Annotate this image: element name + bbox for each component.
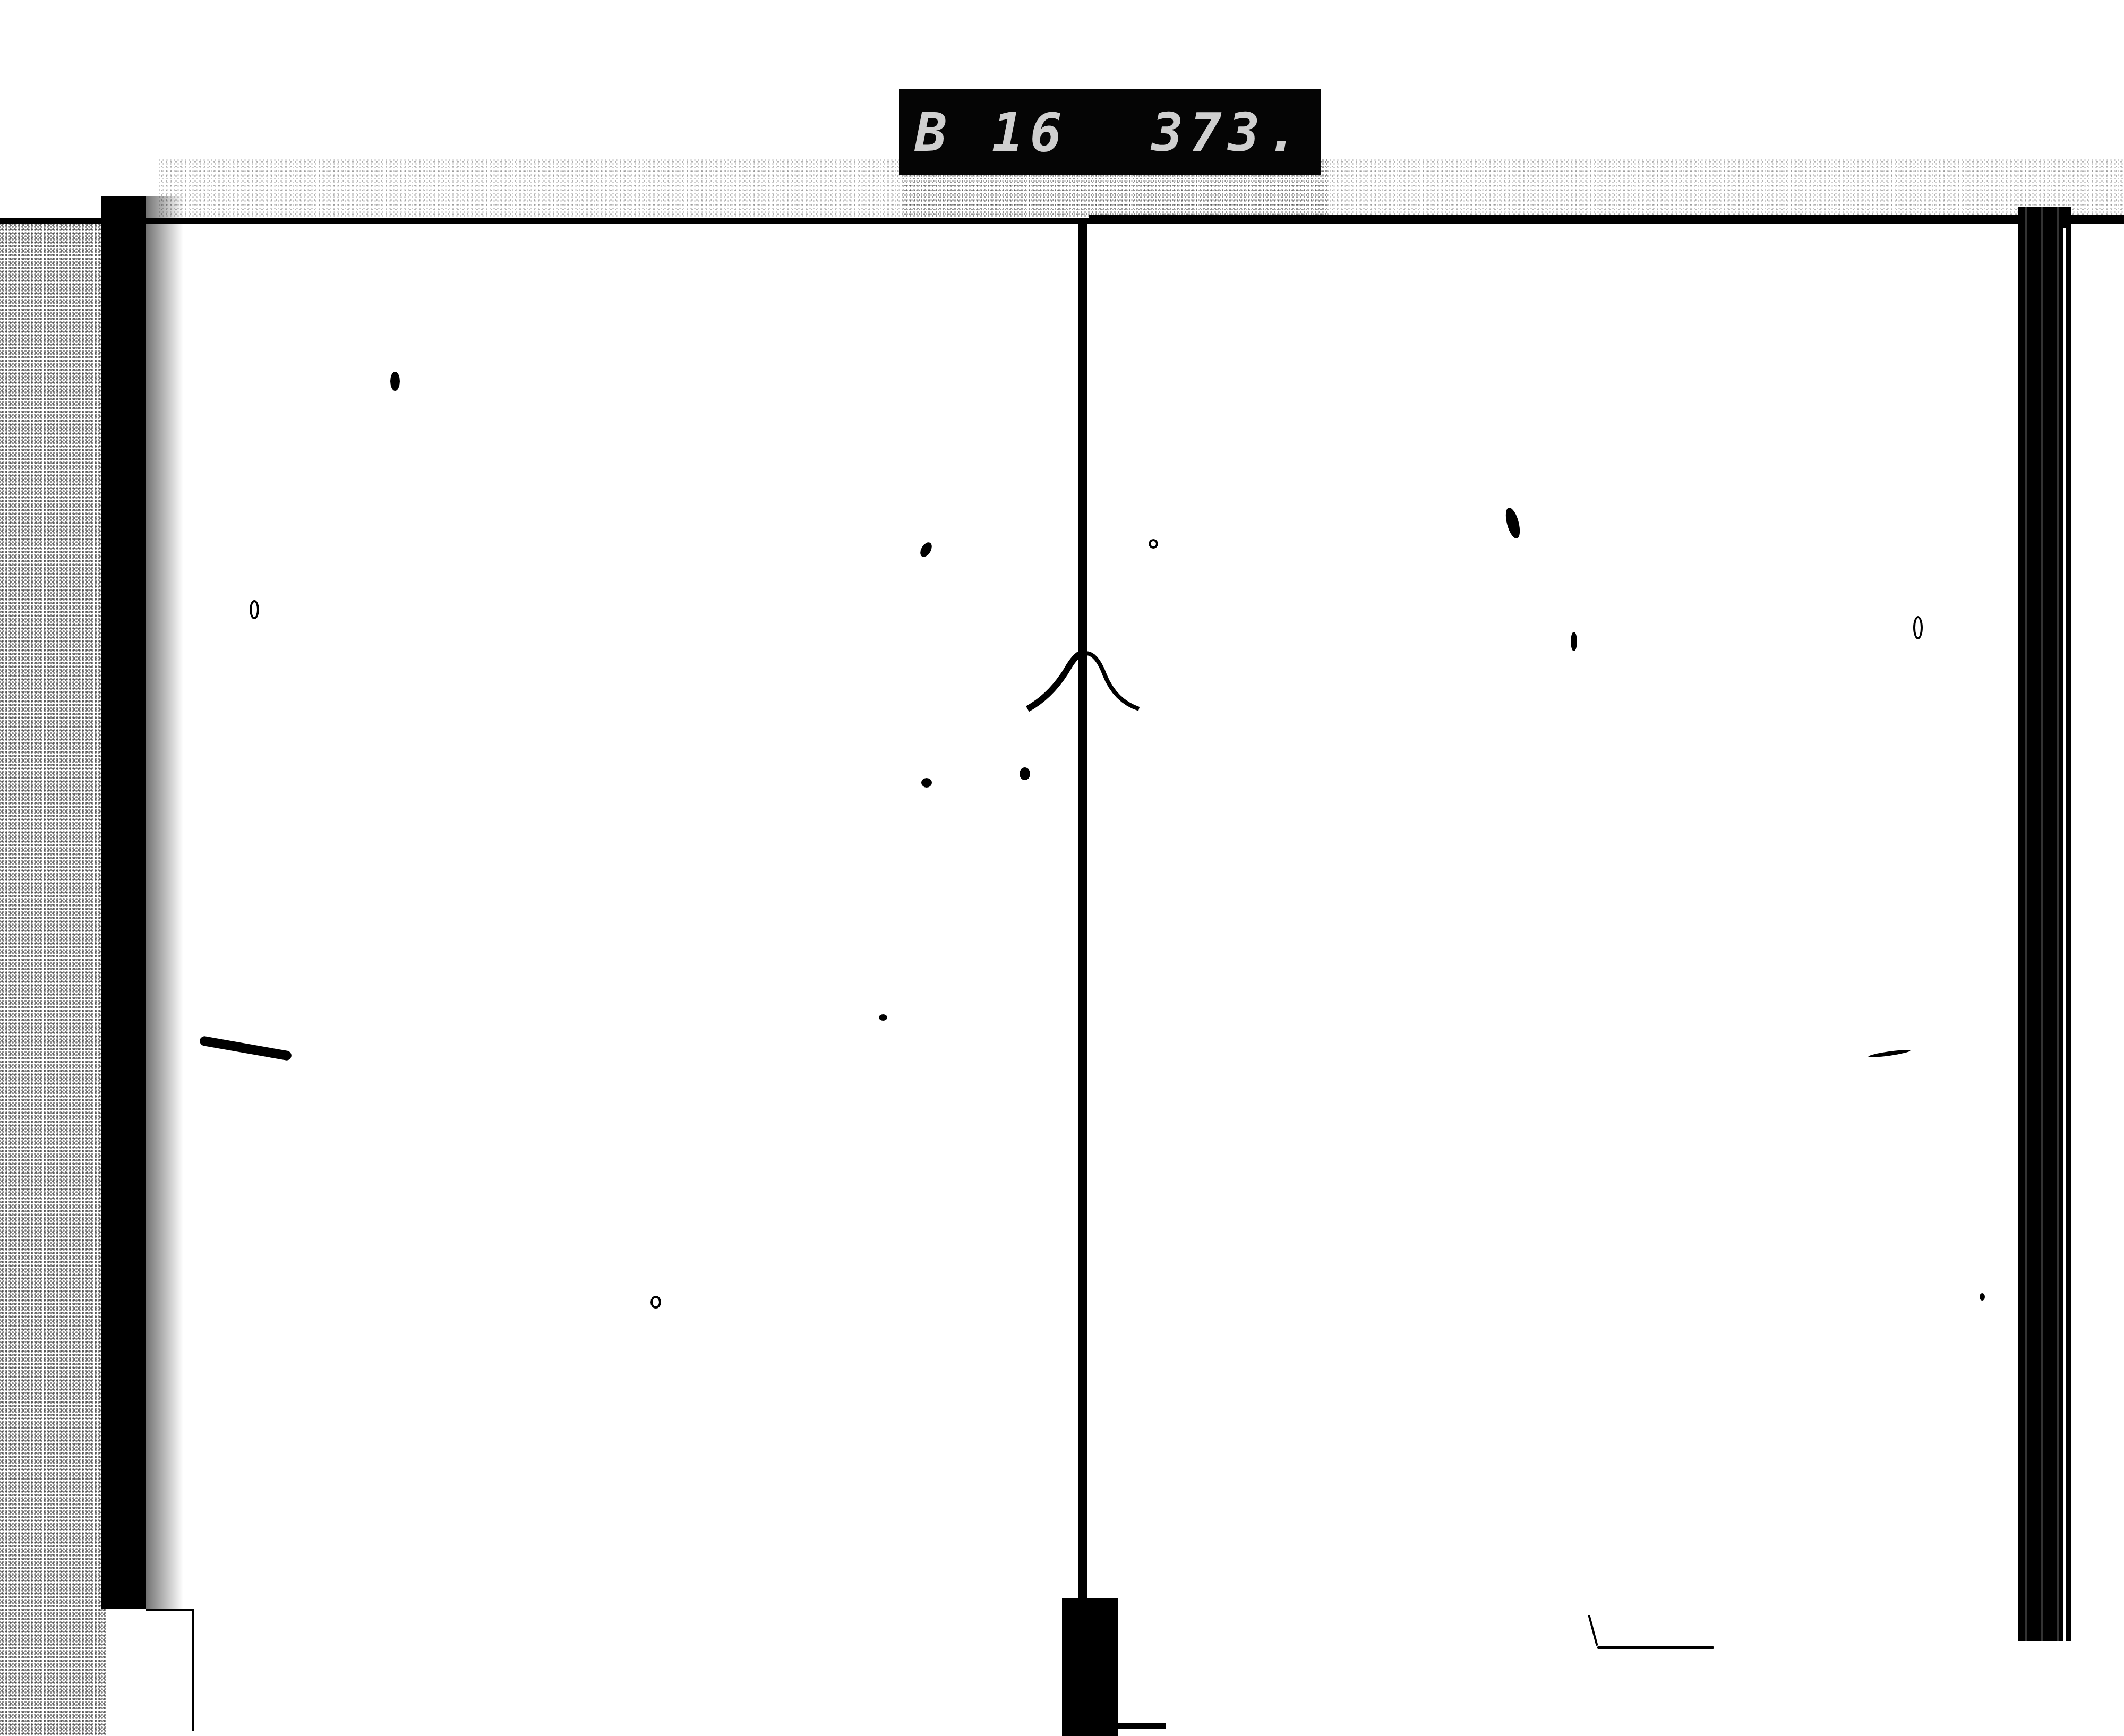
left-page [183,223,1078,1731]
ink-spot [1980,1293,1985,1301]
left-book-cover-edge [101,196,146,1609]
ink-spot [1020,767,1030,780]
ink-smudge [1868,1048,1911,1058]
ink-spot [879,1014,887,1021]
microfilm-frame-label: B 16 373. [899,89,1321,175]
ink-spot [1149,539,1158,549]
left-cover-shadow [146,196,183,1609]
ink-spot [918,541,935,559]
ink-spot [1571,632,1577,651]
pencil-mark [1588,1615,1598,1646]
frame-series: B 16 [915,101,1068,164]
ink-spot [650,1296,661,1309]
scan-noise-left [0,223,106,1736]
right-cover-outer [2066,228,2070,1641]
ink-spot [1503,506,1523,540]
frame-number: 373. [1151,101,1305,164]
right-page [1087,223,2018,1731]
book-top-edge-right [1089,215,2124,220]
pencil-mark [1597,1646,1714,1649]
book-gutter [1078,218,1087,1598]
ink-spot [390,372,400,391]
ink-spot [250,600,259,619]
ink-smudge [199,1036,292,1061]
ink-spot [921,778,932,788]
ink-spot [1913,616,1923,639]
